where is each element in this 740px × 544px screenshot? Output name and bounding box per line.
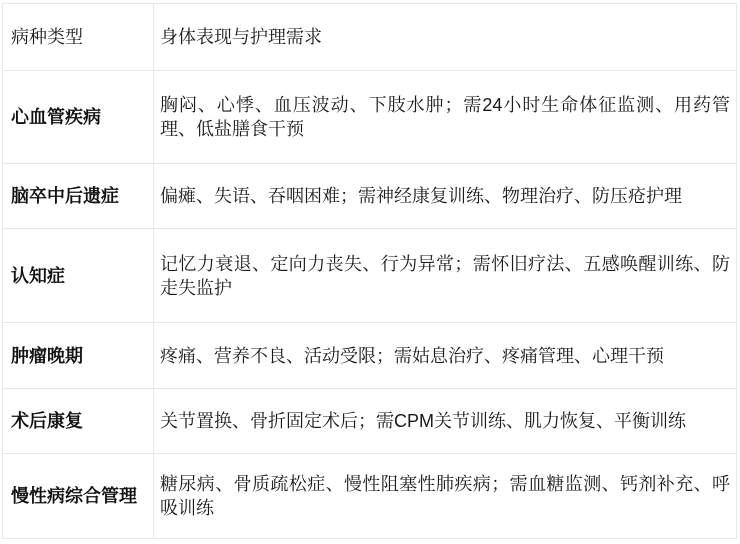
care-needs-cell: 糖尿病、骨质疏松症、慢性阻塞性肺疾病；需血糖监测、钙剂补充、呼吸训练 — [154, 454, 737, 539]
table-row: 慢性病综合管理 糖尿病、骨质疏松症、慢性阻塞性肺疾病；需血糖监测、钙剂补充、呼吸… — [3, 454, 737, 539]
table-body: 心血管疾病 胸闷、心悸、血压波动、下肢水肿；需24小时生命体征监测、用药管理、低… — [3, 71, 737, 539]
care-needs-cell: 关节置换、骨折固定术后；需CPM关节训练、肌力恢复、平衡训练 — [154, 389, 737, 454]
disease-type-cell: 脑卒中后遗症 — [3, 164, 154, 229]
table-row: 心血管疾病 胸闷、心悸、血压波动、下肢水肿；需24小时生命体征监测、用药管理、低… — [3, 71, 737, 164]
care-needs-cell: 疼痛、营养不良、活动受限；需姑息治疗、疼痛管理、心理干预 — [154, 323, 737, 389]
table-row: 脑卒中后遗症 偏瘫、失语、吞咽困难；需神经康复训练、物理治疗、防压疮护理 — [3, 164, 737, 229]
table-row: 肿瘤晚期 疼痛、营养不良、活动受限；需姑息治疗、疼痛管理、心理干预 — [3, 323, 737, 389]
disease-care-table: 病种类型 身体表现与护理需求 心血管疾病 胸闷、心悸、血压波动、下肢水肿；需24… — [2, 3, 737, 539]
table-row: 术后康复 关节置换、骨折固定术后；需CPM关节训练、肌力恢复、平衡训练 — [3, 389, 737, 454]
table-header: 病种类型 身体表现与护理需求 — [3, 4, 737, 71]
col-header-care-needs: 身体表现与护理需求 — [154, 4, 737, 71]
header-row: 病种类型 身体表现与护理需求 — [3, 4, 737, 71]
disease-type-cell: 慢性病综合管理 — [3, 454, 154, 539]
disease-type-cell: 心血管疾病 — [3, 71, 154, 164]
table-row: 认知症 记忆力衰退、定向力丧失、行为异常；需怀旧疗法、五感唤醒训练、防走失监护 — [3, 229, 737, 323]
disease-type-cell: 术后康复 — [3, 389, 154, 454]
care-needs-cell: 胸闷、心悸、血压波动、下肢水肿；需24小时生命体征监测、用药管理、低盐膳食干预 — [154, 71, 737, 164]
col-header-disease-type: 病种类型 — [3, 4, 154, 71]
care-needs-cell: 记忆力衰退、定向力丧失、行为异常；需怀旧疗法、五感唤醒训练、防走失监护 — [154, 229, 737, 323]
disease-type-cell: 肿瘤晚期 — [3, 323, 154, 389]
disease-type-cell: 认知症 — [3, 229, 154, 323]
care-needs-cell: 偏瘫、失语、吞咽困难；需神经康复训练、物理治疗、防压疮护理 — [154, 164, 737, 229]
